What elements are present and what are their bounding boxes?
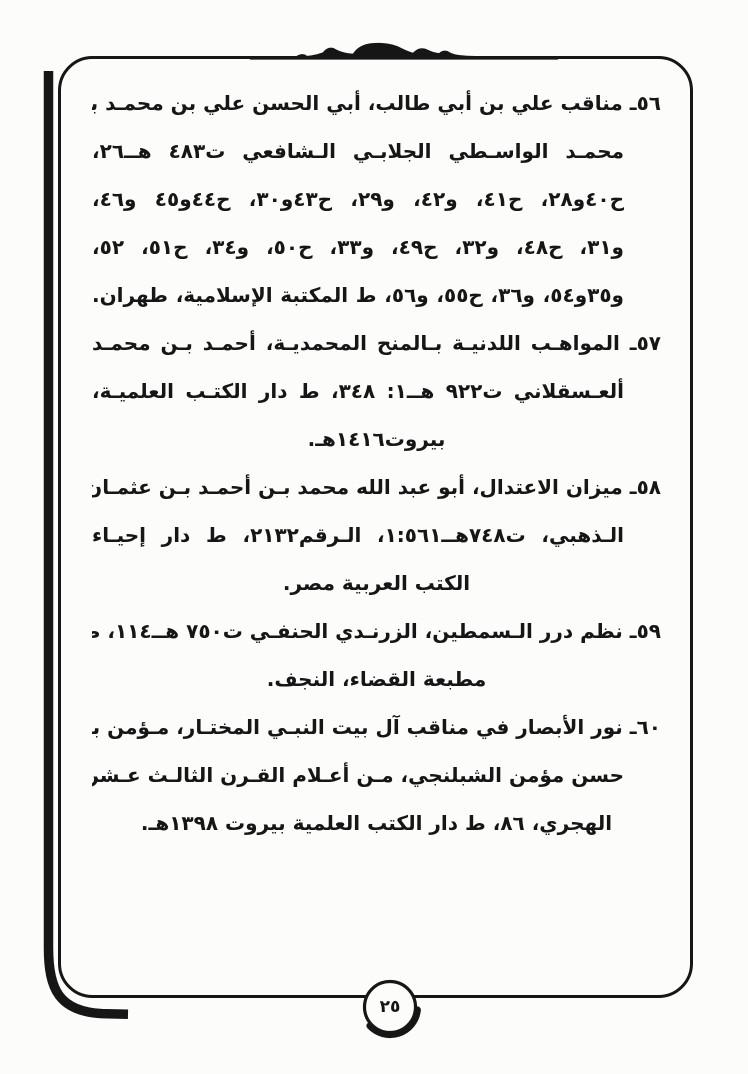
book-page: ٥٦ـ مناقب علي بن أبي طالب، أبي الحسن علي…: [0, 0, 748, 1074]
entry-line: و٣١، ح٤٨، و٣٢، ح٤٩، و٣٣، ح٥٠، و٣٤، ح٥١، …: [92, 223, 661, 271]
bibliography-entry-57: ٥٧ـ المواهـب اللدنيـة بـالمنح المحمديـة،…: [92, 319, 661, 463]
entry-line: الـذهبي، ت٧٤٨هــ١:٥٦١، الـرقم٢١٣٢، ط دار…: [92, 511, 661, 559]
entry-line: الهجري، ٨٦، ط دار الكتب العلمية بيروت ١٣…: [92, 799, 661, 847]
entry-line: ٦٠ـ نور الأبصار في مناقب آل بيت النبـي ا…: [92, 703, 661, 751]
entry-line: ألعـسقلاني ت٩٢٢ هــ١: ٣٤٨، ط دار الكتـب …: [92, 367, 661, 415]
entry-line: الكتب العربية مصر.: [92, 559, 661, 607]
entry-line: ٥٧ـ المواهـب اللدنيـة بـالمنح المحمديـة،…: [92, 319, 661, 367]
page-number: ٢٥: [362, 983, 418, 1031]
entry-line: ٥٦ـ مناقب علي بن أبي طالب، أبي الحسن علي…: [92, 79, 661, 127]
entry-line: و٣٥و٥٤، و٣٦، ح٥٥، و٥٦، ط المكتبة الإسلام…: [92, 271, 661, 319]
entry-line: ٥٩ـ نظم درر الـسمطين، الزرنـدي الحنفـي ت…: [92, 607, 661, 655]
entry-line: مطبعة القضاء، النجف.: [92, 655, 661, 703]
bibliography-entry-59: ٥٩ـ نظم درر الـسمطين، الزرنـدي الحنفـي ت…: [92, 607, 661, 703]
entry-line: ح٤٠و٢٨، ح٤١، و٤٢، و٢٩، ح٤٣و٣٠، ح٤٤و٤٥ و٤…: [92, 175, 661, 223]
bibliography-entry-56: ٥٦ـ مناقب علي بن أبي طالب، أبي الحسن علي…: [92, 79, 661, 319]
entry-line: حسن مؤمن الشبلنجي، مـن أعـلام القـرن الث…: [92, 751, 661, 799]
bibliography-list: ٥٦ـ مناقب علي بن أبي طالب، أبي الحسن علي…: [62, 79, 691, 847]
entry-line: محمـد الواسـطي الجلابـي الـشافعي ت٤٨٣ هـ…: [92, 127, 661, 175]
bibliography-entry-60: ٦٠ـ نور الأبصار في مناقب آل بيت النبـي ا…: [92, 703, 661, 847]
entry-line: بيروت١٤١٦هـ.: [92, 415, 661, 463]
bibliography-entry-58: ٥٨ـ ميزان الاعتدال، أبو عبد الله محمد بـ…: [92, 463, 661, 607]
entry-line: ٥٨ـ ميزان الاعتدال، أبو عبد الله محمد بـ…: [92, 463, 661, 511]
